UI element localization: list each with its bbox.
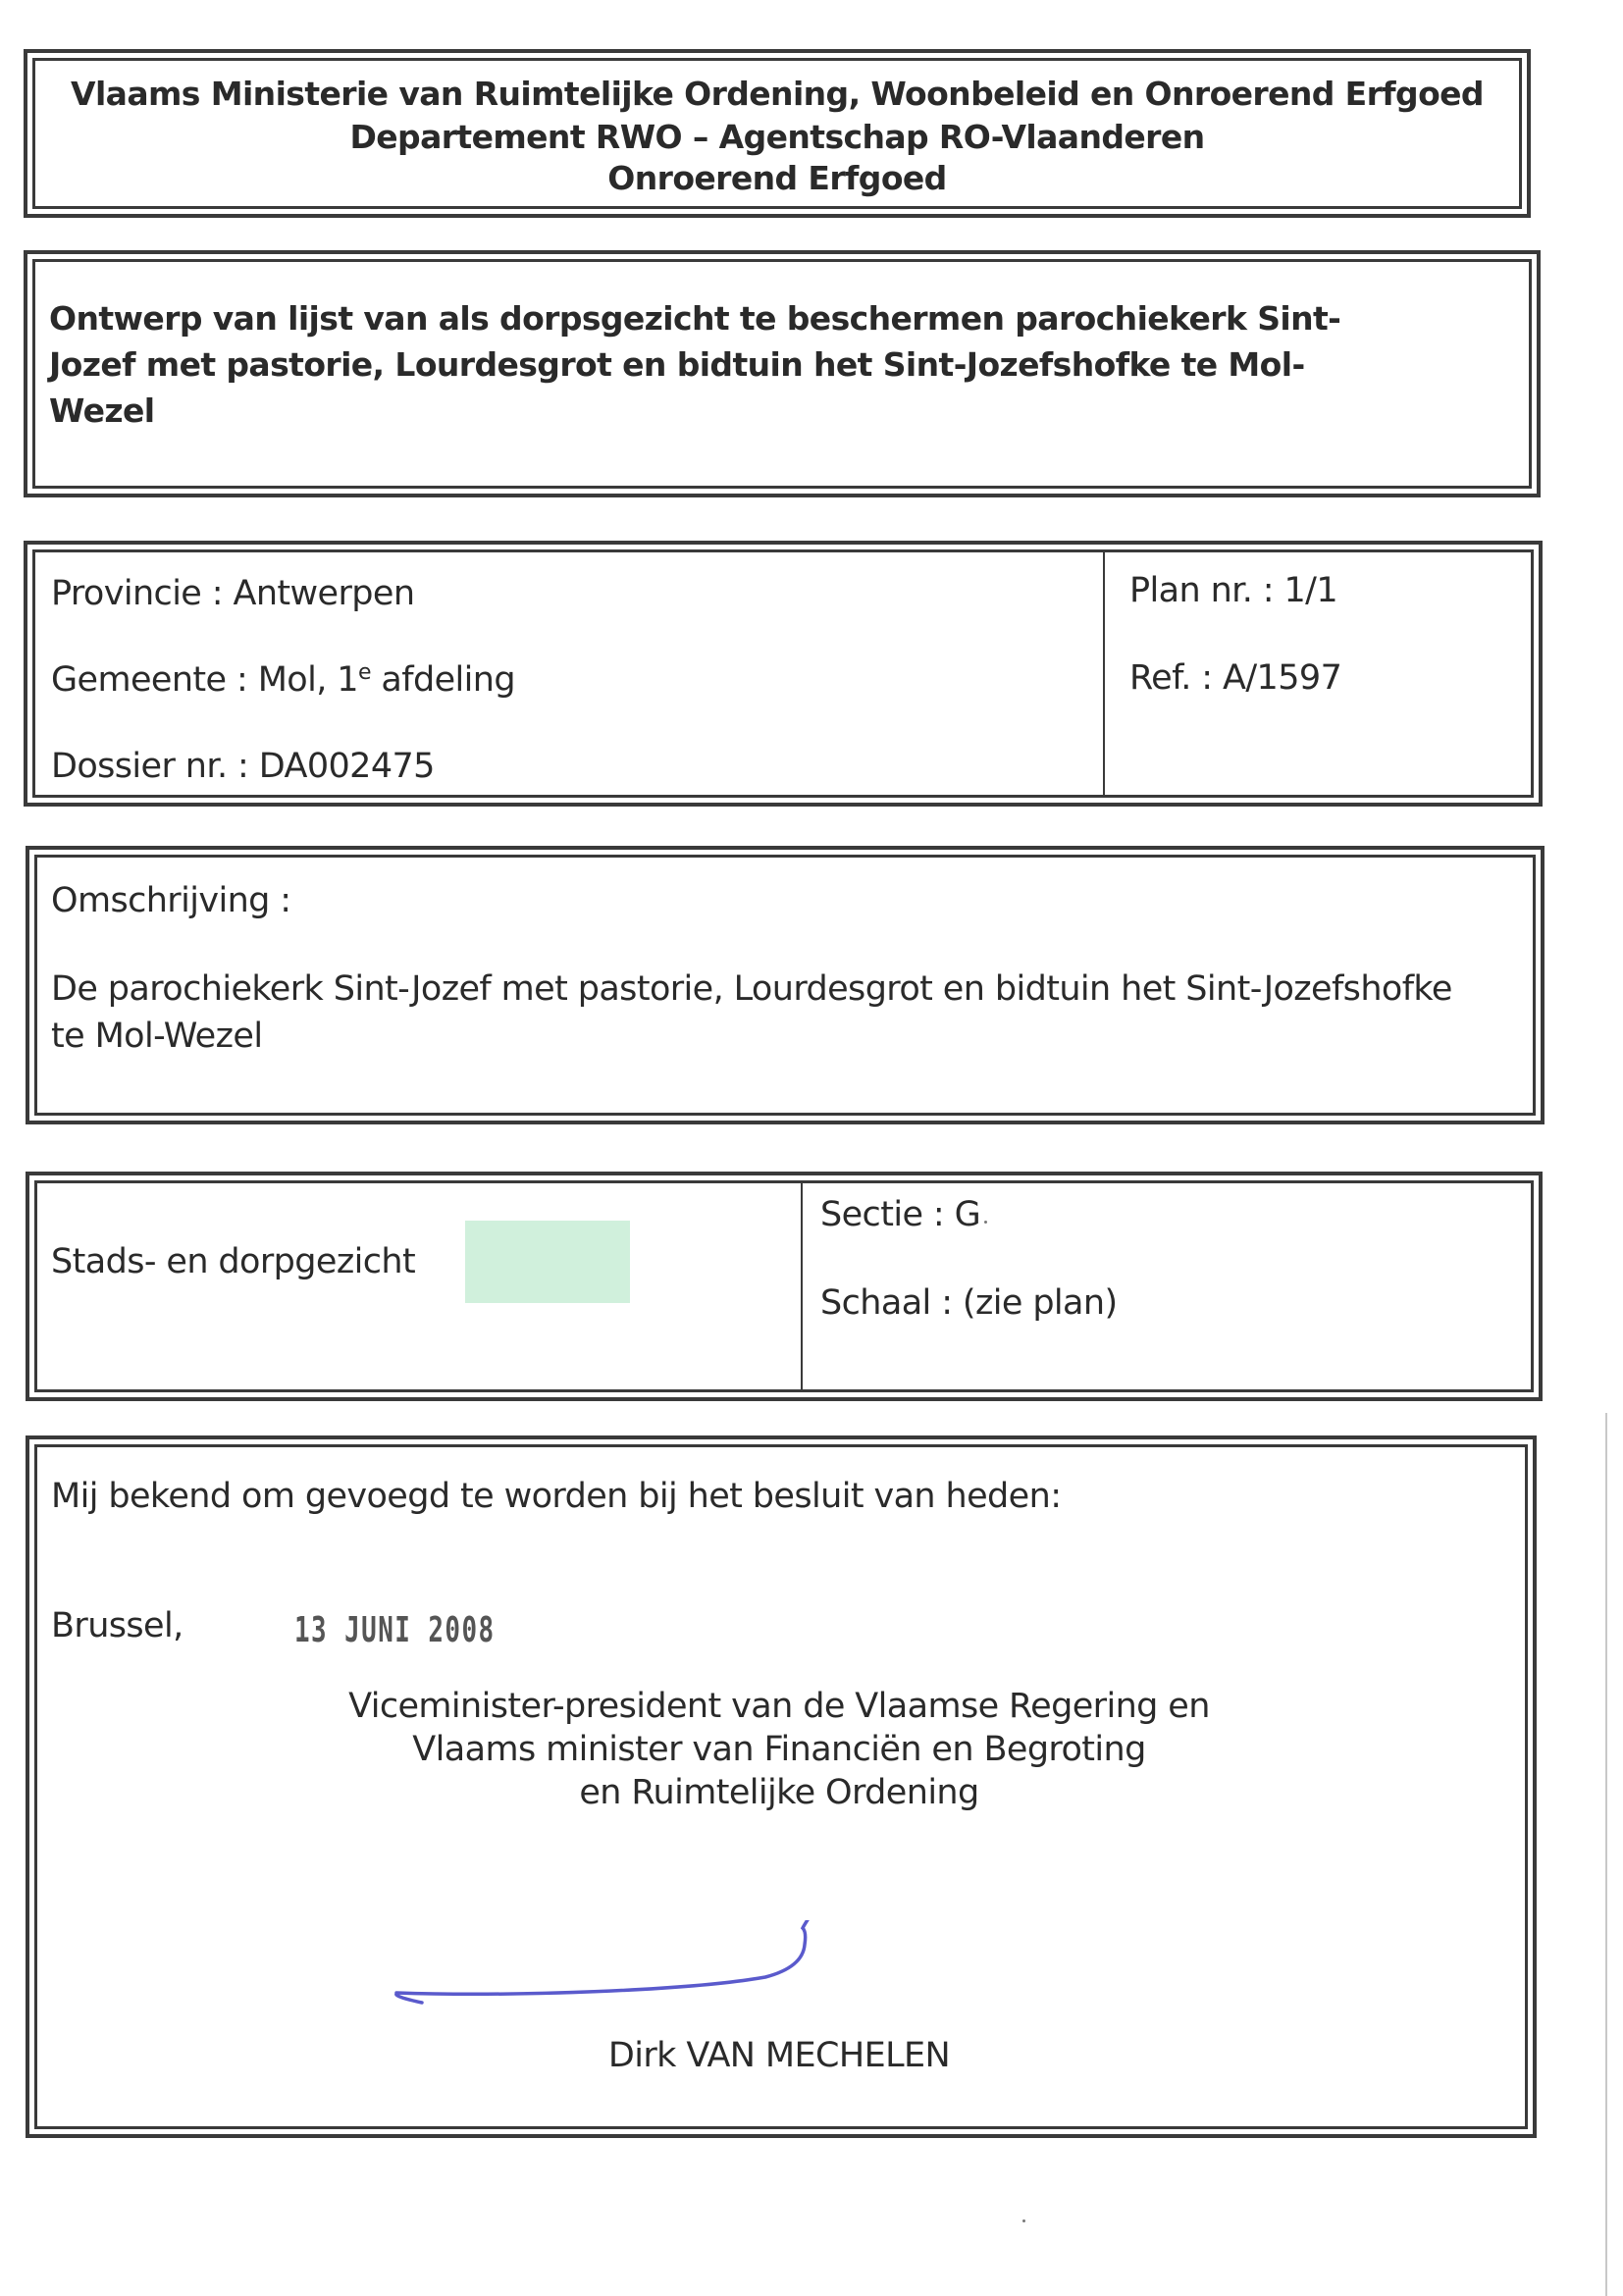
approval-statement: Mij bekend om gevoegd te worden bij het … xyxy=(51,1477,1061,1516)
description-box: Omschrijving : De parochiekerk Sint-Joze… xyxy=(26,846,1544,1124)
description-text-line-1: De parochiekerk Sint-Jozef met pastorie,… xyxy=(51,969,1452,1009)
location-info-divider xyxy=(1103,552,1105,795)
schaal-field: Schaal : (zie plan) xyxy=(820,1283,1118,1323)
document-title-line-3: Wezel xyxy=(49,391,155,430)
minister-title-line-1: Viceminister-president van de Vlaamse Re… xyxy=(29,1687,1529,1726)
classification-divider xyxy=(801,1183,803,1389)
protection-type-label: Stads- en dorpgezicht xyxy=(51,1242,415,1281)
date-stamp: 13 JUNI 2008 xyxy=(294,1610,496,1650)
department-name: Departement RWO – Agentschap RO-Vlaander… xyxy=(27,118,1527,156)
reference-field: Ref. : A/1597 xyxy=(1129,658,1341,698)
gemeente-suffix: afdeling xyxy=(371,660,515,700)
document-title-line-2: Jozef met pastorie, Lourdesgrot en bidtu… xyxy=(49,345,1305,384)
scan-speck-bottom xyxy=(1022,2219,1025,2222)
minister-title-line-2: Vlaams minister van Financiën en Begroti… xyxy=(29,1730,1529,1769)
signatory-name: Dirk VAN MECHELEN xyxy=(29,2036,1529,2075)
description-text-line-2: te Mol-Wezel xyxy=(51,1017,262,1056)
dossier-field: Dossier nr. : DA002475 xyxy=(51,747,435,786)
legend-color-swatch xyxy=(465,1221,630,1303)
ministry-name: Vlaams Ministerie van Ruimtelijke Ordeni… xyxy=(27,75,1527,113)
scan-speck xyxy=(984,1221,987,1224)
document-title-box: Ontwerp van lijst van als dorpsgezicht t… xyxy=(24,250,1541,497)
location-info-box: Provincie : Antwerpen Gemeente : Mol, 1e… xyxy=(24,541,1543,807)
scan-page-edge xyxy=(1605,1413,1607,2296)
classification-inner-border xyxy=(34,1180,1534,1392)
gemeente-superscript: e xyxy=(358,660,371,685)
ministry-header-box: Vlaams Ministerie van Ruimtelijke Ordeni… xyxy=(24,49,1531,218)
description-label: Omschrijving : xyxy=(51,881,291,920)
gemeente-prefix: Gemeente : Mol, 1 xyxy=(51,660,358,700)
plan-number-field: Plan nr. : 1/1 xyxy=(1129,571,1337,610)
approval-place: Brussel, xyxy=(51,1606,183,1645)
approval-box: Mij bekend om gevoegd te worden bij het … xyxy=(26,1435,1537,2138)
gemeente-field: Gemeente : Mol, 1e afdeling xyxy=(51,660,515,700)
document-title-line-1: Ontwerp van lijst van als dorpsgezicht t… xyxy=(49,299,1340,338)
sectie-field: Sectie : G xyxy=(820,1195,980,1234)
provincie-field: Provincie : Antwerpen xyxy=(51,574,414,613)
minister-title-line-3: en Ruimtelijke Ordening xyxy=(29,1773,1529,1812)
classification-box: Stads- en dorpgezicht Sectie : G Schaal … xyxy=(26,1172,1543,1401)
handwritten-signature xyxy=(393,1920,883,2028)
agency-name: Onroerend Erfgoed xyxy=(27,159,1527,197)
